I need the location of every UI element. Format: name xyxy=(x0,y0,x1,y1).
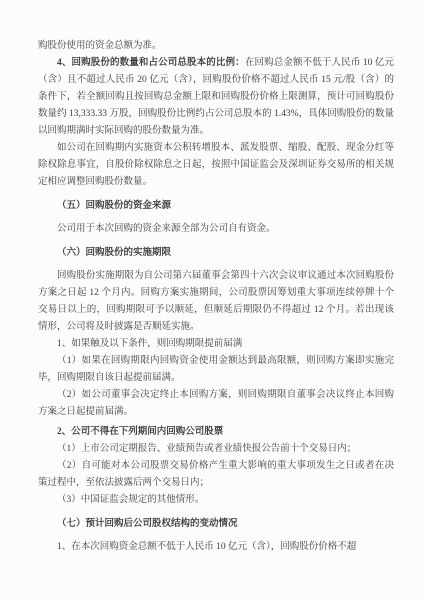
paragraph: 回购股份实施期限为自公司第六届董事会第四十六次会议审议通过本次回购股份方案之日起… xyxy=(38,268,394,336)
paragraph: 公司用于本次回购的资金来源全部为公司自有资金。 xyxy=(38,221,394,238)
paragraph-lead: 4、回购股份的数量和占公司总股本的比例： xyxy=(57,58,245,68)
paragraph: （2）自可能对本公司股票交易价格产生重大影响的重大事项发生之日或者在决策过程中，… xyxy=(38,458,394,492)
paragraph: （1）如果在回购期限内回购资金使用金额达到最高限额，则回购方案即实施完毕，回购期… xyxy=(38,353,394,387)
paragraph: 2、公司不得在下列期间内回购公司股票 xyxy=(38,424,394,441)
paragraph: 购股份使用的资金总额为准。 xyxy=(38,38,394,55)
section-heading: （六）回购股份的实施期限 xyxy=(38,245,394,262)
document-page: 购股份使用的资金总额为准。4、回购股份的数量和占公司总股本的比例：在回购总金额不… xyxy=(0,0,424,600)
paragraph: 1、在本次回购资金总额不低于人民币 10 亿元（含），回购股份价格不超 xyxy=(38,539,394,556)
paragraph: 1、如果触及以下条件，则回购期限提前届满 xyxy=(38,336,394,353)
paragraph: （2）如公司董事会决定终止本回购方案，则回购期限自董事会决议终止本回购方案之日起… xyxy=(38,387,394,421)
paragraph-text: 在回购总金额不低于人民币 10 亿元（含）且不超过人民币 20 亿元（含），回购… xyxy=(38,58,394,136)
paragraph: （1）上市公司定期报告、业绩预告或者业绩快报公告前十个交易日内； xyxy=(38,441,394,458)
paragraph: （3）中国证监会规定的其他情形。 xyxy=(38,492,394,509)
paragraph: 如公司在回购期内实施资本公积转增股本、派发股票、缩股、配股、现金分红等除权除息事… xyxy=(38,140,394,191)
paragraph: 4、回购股份的数量和占公司总股本的比例：在回购总金额不低于人民币 10 亿元（含… xyxy=(38,55,394,140)
section-heading: （七）预计回购后公司股权结构的变动情况 xyxy=(38,516,394,533)
section-heading: （五）回购股份的资金来源 xyxy=(38,198,394,215)
document-body: 购股份使用的资金总额为准。4、回购股份的数量和占公司总股本的比例：在回购总金额不… xyxy=(38,38,394,556)
